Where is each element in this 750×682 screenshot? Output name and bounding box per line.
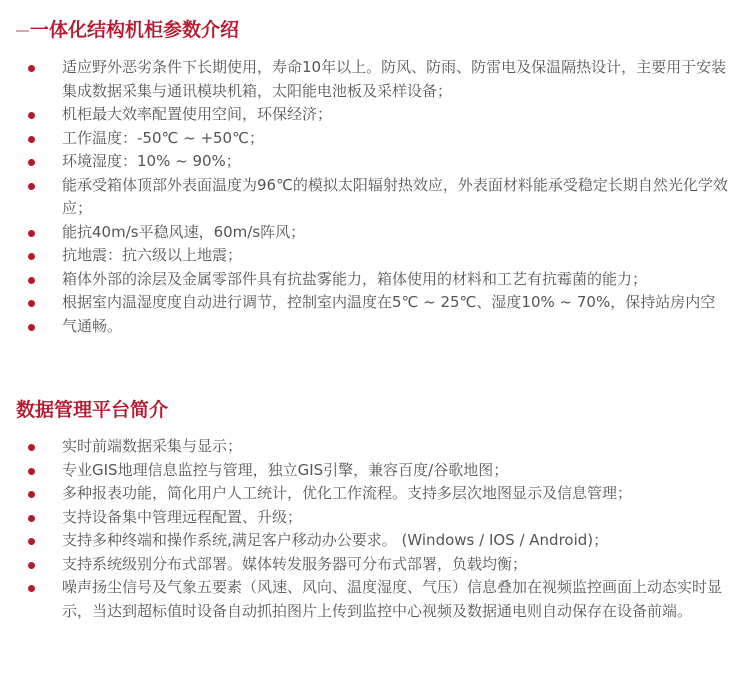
- bullet-icon: [28, 300, 35, 307]
- section-title-text: 数据管理平台简介: [16, 399, 168, 421]
- bullet-icon: [28, 65, 35, 72]
- bullet-icon: [28, 159, 35, 166]
- list-item-text: 适应野外恶劣条件下长期使用，寿命10年以上。防风、防雨、防雷电及保温隔热设计，主…: [62, 58, 726, 100]
- list-item: 多种报表功能，简化用户人工统计，优化工作流程。支持多层次地图显示及信息管理；: [0, 482, 750, 506]
- list-item-text: 支持多种终端和操作系统,满足客户移动办公要求。 (Windows / IOS /…: [62, 531, 608, 549]
- list-item: 支持多种终端和操作系统,满足客户移动办公要求。 (Windows / IOS /…: [0, 529, 750, 553]
- list-item-text: 机柜最大效率配置使用空间，环保经济；: [62, 105, 332, 123]
- list-item-text: 支持设备集中管理远程配置、升级；: [62, 508, 302, 526]
- cabinet-spec-list: 适应野外恶劣条件下长期使用，寿命10年以上。防风、防雨、防雷电及保温隔热设计，主…: [0, 56, 750, 338]
- bullet-icon: [28, 136, 35, 143]
- list-item-text: 能承受箱体顶部外表面温度为96℃的模拟太阳辐射热效应，外表面材料能承受稳定长期自…: [62, 176, 728, 218]
- list-item-text: 环境湿度：10% ~ 90%；: [62, 152, 241, 170]
- list-item-text: 专业GIS地理信息监控与管理，独立GIS引擎，兼容百度/谷歌地图；: [62, 461, 508, 479]
- bullet-icon: [28, 277, 35, 284]
- list-item-text: 工作温度：-50℃ ~ +50℃；: [62, 129, 264, 147]
- platform-feature-list: 实时前端数据采集与显示； 专业GIS地理信息监控与管理，独立GIS引擎，兼容百度…: [0, 435, 750, 623]
- title-dash-decoration: [16, 30, 29, 32]
- list-item: 箱体外部的涂层及金属零部件具有抗盐雾能力，箱体使用的材料和工艺有抗霉菌的能力；: [0, 268, 750, 292]
- list-item-text: 多种报表功能，简化用户人工统计，优化工作流程。支持多层次地图显示及信息管理；: [62, 484, 632, 502]
- bullet-icon: [28, 538, 35, 545]
- list-item-text: 噪声扬尘信号及气象五要素（风速、风向、温度湿度、气压）信息叠加在视频监控画面上动…: [62, 578, 722, 620]
- list-item-text: 能抗40m/s平稳风速，60m/s阵风；: [62, 223, 305, 241]
- list-item: 能抗40m/s平稳风速，60m/s阵风；: [0, 221, 750, 245]
- bullet-icon: [28, 468, 35, 475]
- bullet-icon: [28, 515, 35, 522]
- bullet-icon: [28, 444, 35, 451]
- list-item-text: 抗地震：抗六级以上地震；: [62, 246, 242, 264]
- bullet-icon: [28, 562, 35, 569]
- list-item-text: 根据室内温湿度度自动进行调节，控制室内温度在5℃ ~ 25℃、湿度10% ~ 7…: [62, 293, 715, 311]
- section-title-text: 一体化结构机柜参数介绍: [30, 19, 239, 41]
- list-item: 抗地震：抗六级以上地震；: [0, 244, 750, 268]
- list-item: 适应野外恶劣条件下长期使用，寿命10年以上。防风、防雨、防雷电及保温隔热设计，主…: [0, 56, 750, 103]
- list-item-text: 支持系统级别分布式部署。媒体转发服务器可分布式部署，负载均衡；: [62, 555, 527, 573]
- list-item: 能承受箱体顶部外表面温度为96℃的模拟太阳辐射热效应，外表面材料能承受稳定长期自…: [0, 174, 750, 221]
- bullet-icon: [28, 324, 35, 331]
- list-item: 机柜最大效率配置使用空间，环保经济；: [0, 103, 750, 127]
- bullet-icon: [28, 491, 35, 498]
- section-title-platform: 数据管理平台简介: [16, 398, 168, 422]
- list-item: 工作温度：-50℃ ~ +50℃；: [0, 127, 750, 151]
- list-item: 专业GIS地理信息监控与管理，独立GIS引擎，兼容百度/谷歌地图；: [0, 459, 750, 483]
- list-item: 噪声扬尘信号及气象五要素（风速、风向、温度湿度、气压）信息叠加在视频监控画面上动…: [0, 576, 750, 623]
- list-item: 根据室内温湿度度自动进行调节，控制室内温度在5℃ ~ 25℃、湿度10% ~ 7…: [0, 291, 750, 315]
- list-item: 支持设备集中管理远程配置、升级；: [0, 506, 750, 530]
- bullet-icon: [28, 230, 35, 237]
- section-title-cabinet: 一体化结构机柜参数介绍: [16, 18, 239, 42]
- list-item: 气通畅。: [0, 315, 750, 339]
- bullet-icon: [28, 585, 35, 592]
- list-item-text: 气通畅。: [62, 317, 122, 335]
- list-item: 支持系统级别分布式部署。媒体转发服务器可分布式部署，负载均衡；: [0, 553, 750, 577]
- bullet-icon: [28, 183, 35, 190]
- bullet-icon: [28, 253, 35, 260]
- list-item: 环境湿度：10% ~ 90%；: [0, 150, 750, 174]
- list-item-text: 箱体外部的涂层及金属零部件具有抗盐雾能力，箱体使用的材料和工艺有抗霉菌的能力；: [62, 270, 647, 288]
- list-item: 实时前端数据采集与显示；: [0, 435, 750, 459]
- list-item-text: 实时前端数据采集与显示；: [62, 437, 242, 455]
- bullet-icon: [28, 112, 35, 119]
